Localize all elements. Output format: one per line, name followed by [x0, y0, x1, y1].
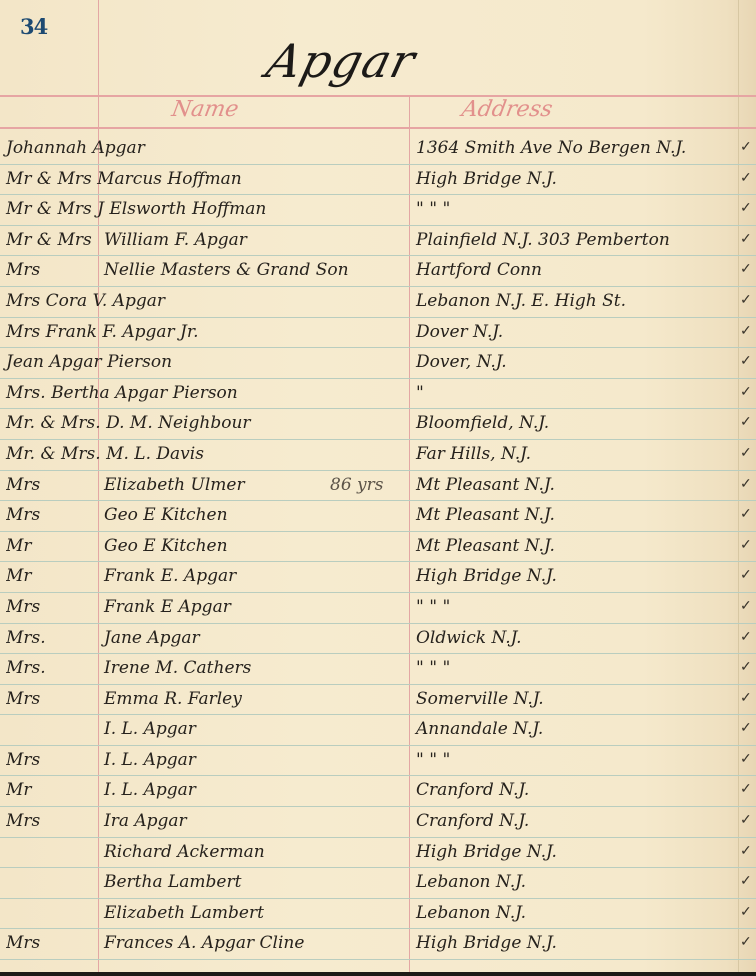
checkmark-icon: ✓ — [740, 231, 752, 247]
entry-address: " " " — [416, 658, 450, 678]
entry-name: Geo E Kitchen — [104, 505, 228, 525]
list-item: MrsNellie Masters & Grand SonHartford Co… — [0, 256, 756, 287]
entry-address: High Bridge N.J. — [416, 169, 557, 189]
entry-address: Far Hills, N.J. — [416, 444, 531, 464]
checkmark-icon: ✓ — [740, 139, 752, 155]
entry-title: Mrs. — [6, 628, 98, 648]
list-item: Richard AckermanHigh Bridge N.J.✓ — [0, 838, 756, 869]
entry-title: Mrs — [6, 811, 98, 831]
list-item: Mrs.Jane ApgarOldwick N.J.✓ — [0, 624, 756, 655]
checkmark-icon: ✓ — [740, 414, 752, 430]
entry-address: " " " — [416, 597, 450, 617]
entry-address: Lebanon N.J. E. High St. — [416, 291, 626, 311]
entry-name: Irene M. Cathers — [104, 658, 251, 678]
checkmark-icon: ✓ — [740, 261, 752, 277]
list-item: MrsGeo E KitchenMt Pleasant N.J.✓ — [0, 501, 756, 532]
checkmark-icon: ✓ — [740, 292, 752, 308]
entry-name: Frances A. Apgar Cline — [104, 933, 304, 953]
entry-address: Annandale N.J. — [416, 719, 543, 739]
entry-note: 86 yrs — [330, 475, 384, 495]
entry-name: Emma R. Farley — [104, 689, 242, 709]
entry-name: I. L. Apgar — [104, 719, 196, 739]
list-item: Mrs Frank F. Apgar Jr.Dover N.J.✓ — [0, 318, 756, 349]
list-item: MrsIra ApgarCranford N.J.✓ — [0, 807, 756, 838]
checkmark-icon: ✓ — [740, 720, 752, 736]
list-item: Mr & Mrs J Elsworth Hoffman" " "✓ — [0, 195, 756, 226]
entry-address: Mt Pleasant N.J. — [416, 536, 555, 556]
checkmark-icon: ✓ — [740, 781, 752, 797]
entry-address: Oldwick N.J. — [416, 628, 522, 648]
entries-list: Johannah Apgar1364 Smith Ave No Bergen N… — [0, 134, 756, 960]
entry-address: 1364 Smith Ave No Bergen N.J. — [416, 138, 686, 158]
checkmark-icon: ✓ — [740, 384, 752, 400]
list-item: Johannah Apgar1364 Smith Ave No Bergen N… — [0, 134, 756, 165]
entry-address: Cranford N.J. — [416, 780, 529, 800]
entry-name: Jean Apgar Pierson — [6, 352, 172, 372]
entry-name: Mr. & Mrs. M. L. Davis — [6, 444, 204, 464]
entry-title: Mr — [6, 536, 98, 556]
entry-name: Ira Apgar — [104, 811, 187, 831]
checkmark-icon: ✓ — [740, 445, 752, 461]
entry-address: " " " — [416, 199, 450, 219]
entry-title: Mrs — [6, 597, 98, 617]
checkmark-icon: ✓ — [740, 904, 752, 920]
entry-address: Cranford N.J. — [416, 811, 529, 831]
list-item: Mrs. Bertha Apgar Pierson"✓ — [0, 379, 756, 410]
entry-name: I. L. Apgar — [104, 750, 196, 770]
checkmark-icon: ✓ — [740, 537, 752, 553]
entry-name: Geo E Kitchen — [104, 536, 228, 556]
checkmark-icon: ✓ — [740, 506, 752, 522]
list-item: MrFrank E. ApgarHigh Bridge N.J.✓ — [0, 562, 756, 593]
entry-name: Bertha Lambert — [104, 872, 241, 892]
header-top-rule — [0, 95, 756, 97]
entry-address: " — [416, 383, 424, 403]
entry-title: Mrs — [6, 689, 98, 709]
checkmark-icon: ✓ — [740, 629, 752, 645]
list-item: Mr. & Mrs. D. M. NeighbourBloomfield, N.… — [0, 409, 756, 440]
entry-title: Mr — [6, 780, 98, 800]
entry-name: Elizabeth Ulmer — [104, 475, 245, 495]
entry-address: High Bridge N.J. — [416, 566, 557, 586]
list-item: MrI. L. ApgarCranford N.J.✓ — [0, 776, 756, 807]
entry-title: Mr & Mrs — [6, 230, 98, 250]
entry-title: Mrs — [6, 933, 98, 953]
entry-name: Mrs Frank F. Apgar Jr. — [6, 322, 199, 342]
checkmark-icon: ✓ — [740, 353, 752, 369]
checkmark-icon: ✓ — [740, 170, 752, 186]
page-edge — [0, 972, 756, 976]
name-column-header: Name — [170, 97, 241, 122]
entry-address: Lebanon N.J. — [416, 903, 526, 923]
entry-name: Mrs. Bertha Apgar Pierson — [6, 383, 238, 403]
list-item: Mr & Mrs Marcus HoffmanHigh Bridge N.J.✓ — [0, 165, 756, 196]
checkmark-icon: ✓ — [740, 598, 752, 614]
entry-name: Mr & Mrs J Elsworth Hoffman — [6, 199, 266, 219]
entry-address: High Bridge N.J. — [416, 842, 557, 862]
entry-title: Mrs — [6, 475, 98, 495]
list-item: Mrs.Irene M. Cathers" " "✓ — [0, 654, 756, 685]
list-item: Mrs Cora V. ApgarLebanon N.J. E. High St… — [0, 287, 756, 318]
checkmark-icon: ✓ — [740, 934, 752, 950]
entry-name: Richard Ackerman — [104, 842, 265, 862]
entry-name: William F. Apgar — [104, 230, 247, 250]
list-item: Bertha LambertLebanon N.J.✓ — [0, 868, 756, 899]
checkmark-icon: ✓ — [740, 200, 752, 216]
list-item: MrsI. L. Apgar" " "✓ — [0, 746, 756, 777]
list-item: MrsFrank E Apgar" " "✓ — [0, 593, 756, 624]
entry-address: Lebanon N.J. — [416, 872, 526, 892]
checkmark-icon: ✓ — [740, 843, 752, 859]
address-column-header: Address — [460, 97, 555, 122]
entry-title: Mrs — [6, 260, 98, 280]
entry-name: Jane Apgar — [104, 628, 200, 648]
entry-title: Mrs — [6, 505, 98, 525]
entry-name: Nellie Masters & Grand Son — [104, 260, 349, 280]
entry-name: Mr & Mrs Marcus Hoffman — [6, 169, 242, 189]
entry-name: Frank E. Apgar — [104, 566, 236, 586]
checkmark-icon: ✓ — [740, 323, 752, 339]
list-item: MrsElizabeth Ulmer86 yrsMt Pleasant N.J.… — [0, 471, 756, 502]
checkmark-icon: ✓ — [740, 873, 752, 889]
list-item: Mr. & Mrs. M. L. DavisFar Hills, N.J.✓ — [0, 440, 756, 471]
entry-address: Bloomfield, N.J. — [416, 413, 549, 433]
entry-title: Mrs. — [6, 658, 98, 678]
list-item: MrsEmma R. FarleySomerville N.J.✓ — [0, 685, 756, 716]
entry-address: Somerville N.J. — [416, 689, 544, 709]
entry-title: Mrs — [6, 750, 98, 770]
list-item: MrGeo E KitchenMt Pleasant N.J.✓ — [0, 532, 756, 563]
entry-address: Dover N.J. — [416, 322, 503, 342]
checkmark-icon: ✓ — [740, 751, 752, 767]
ledger-page: 34 Apgar Name Address Johannah Apgar1364… — [0, 0, 756, 976]
entry-title: Mr — [6, 566, 98, 586]
entry-address: Hartford Conn — [416, 260, 542, 280]
entry-address: Mt Pleasant N.J. — [416, 505, 555, 525]
entry-name: I. L. Apgar — [104, 780, 196, 800]
entry-address: High Bridge N.J. — [416, 933, 557, 953]
entry-address: " " " — [416, 750, 450, 770]
entry-name: Mrs Cora V. Apgar — [6, 291, 165, 311]
entry-name: Elizabeth Lambert — [104, 903, 264, 923]
entry-address: Plainfield N.J. 303 Pemberton — [416, 230, 670, 250]
list-item: Elizabeth LambertLebanon N.J.✓ — [0, 899, 756, 930]
checkmark-icon: ✓ — [740, 476, 752, 492]
checkmark-icon: ✓ — [740, 567, 752, 583]
checkmark-icon: ✓ — [740, 659, 752, 675]
entry-address: Mt Pleasant N.J. — [416, 475, 555, 495]
checkmark-icon: ✓ — [740, 690, 752, 706]
entry-name: Johannah Apgar — [6, 138, 145, 158]
surname-heading: Apgar — [261, 34, 421, 88]
list-item: Jean Apgar PiersonDover, N.J.✓ — [0, 348, 756, 379]
entry-name: Frank E Apgar — [104, 597, 231, 617]
list-item: Mr & MrsWilliam F. ApgarPlainfield N.J. … — [0, 226, 756, 257]
entry-address: Dover, N.J. — [416, 352, 507, 372]
page-number: 34 — [20, 14, 47, 39]
checkmark-icon: ✓ — [740, 812, 752, 828]
header-bottom-rule — [0, 127, 756, 129]
entry-name: Mr. & Mrs. D. M. Neighbour — [6, 413, 251, 433]
list-item: I. L. ApgarAnnandale N.J.✓ — [0, 715, 756, 746]
list-item: MrsFrances A. Apgar ClineHigh Bridge N.J… — [0, 929, 756, 960]
